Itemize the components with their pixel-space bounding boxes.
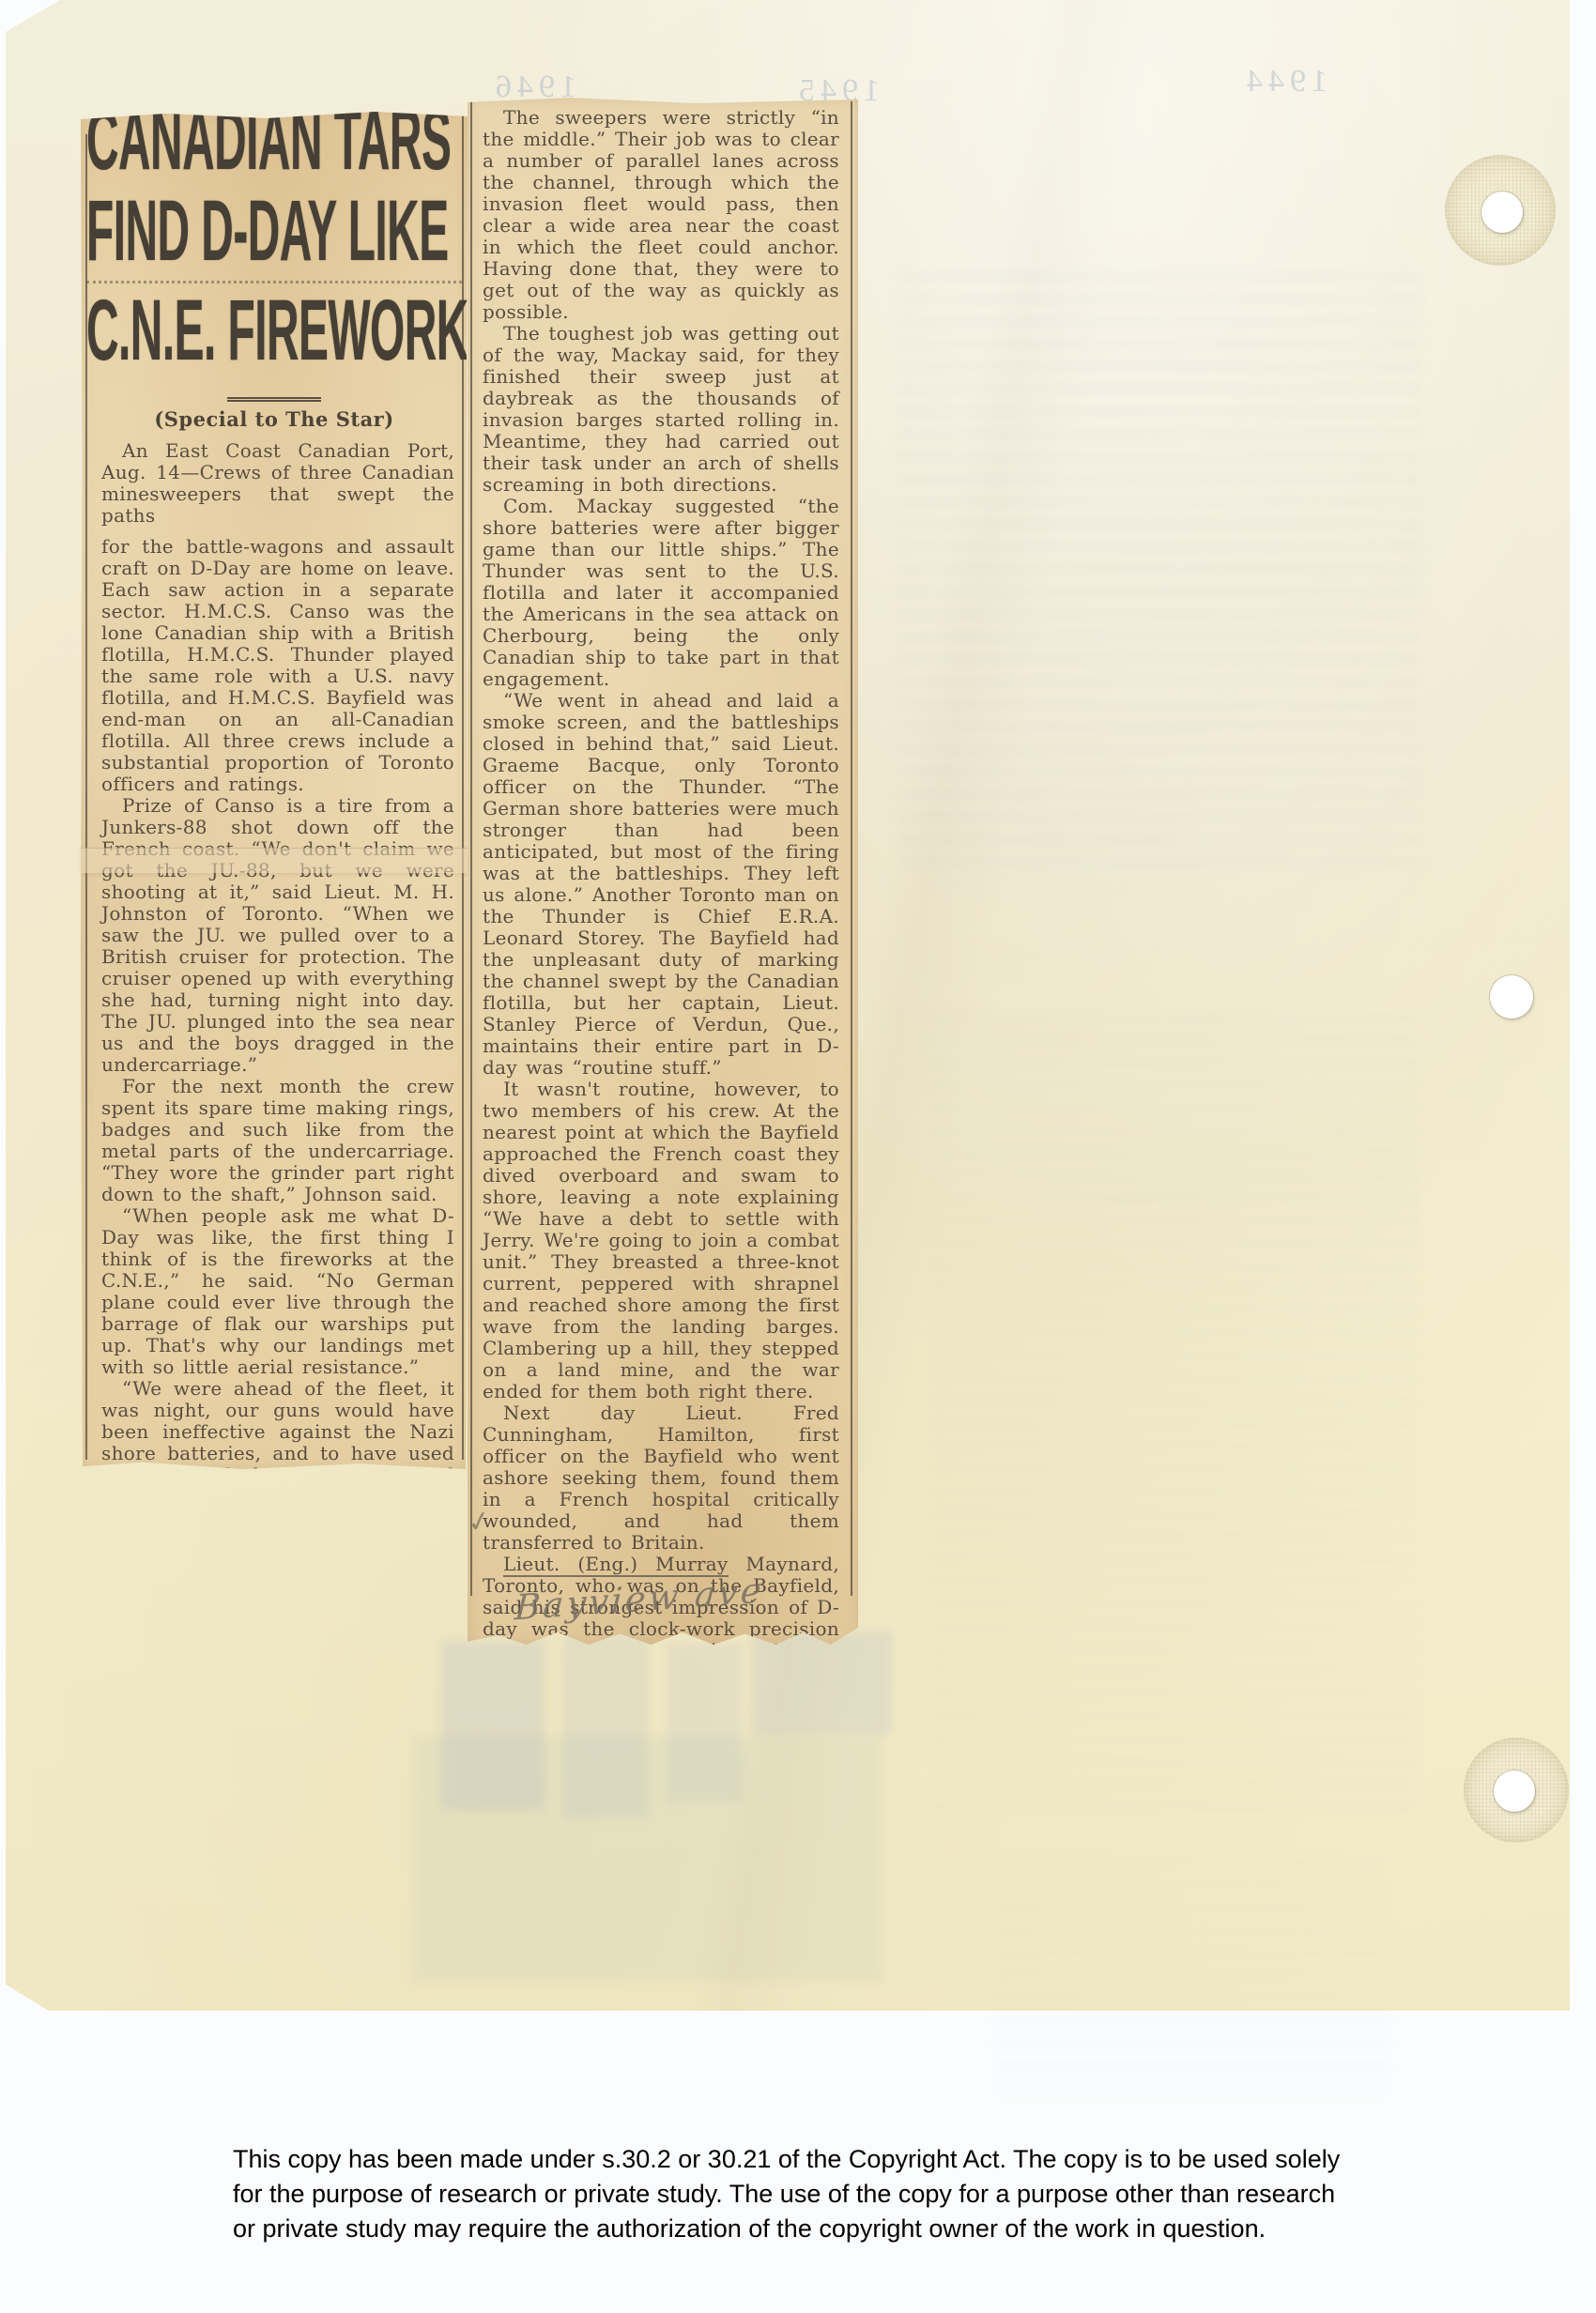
byline-rule [227,397,321,402]
article-body-column-2: The sweepers were strictly “in the middl… [468,98,858,1645]
paragraph: For the next month the crew spent its sp… [101,1076,454,1205]
paragraph: The sweepers were strictly “in the middl… [483,107,839,323]
byline: (Special to The Star) [81,407,468,431]
paragraph: The toughest job was getting out of the … [483,323,839,496]
paragraph: Com. Mackay suggested “the shore batteri… [483,496,839,690]
paragraph: Next day Lieut. Fred Cunningham, Hamilto… [483,1402,839,1554]
printed-column-rule [851,101,852,1596]
paragraph: “When people ask me what D-Day was like,… [101,1205,454,1378]
newspaper-clipping-column-2: The sweepers were strictly “in the middl… [468,98,858,1645]
paragraph: An East Coast Canadian Port, Aug. 14—Cre… [101,440,454,527]
punch-hole-top [1481,191,1523,233]
paragraph: It wasn't routine, however, to two membe… [483,1079,839,1402]
printed-column-rule [470,101,472,1596]
headline-line-2: FIND D-DAY LIKE [86,186,284,277]
punch-hole-middle [1490,975,1533,1019]
copyright-line-1: This copy has been made under s.30.2 or … [233,2142,1388,2177]
paragraph: “We were ahead of the fleet, it was nigh… [101,1378,454,1469]
article-body-column-1: An East Coast Canadian Port, Aug. 14—Cre… [81,440,468,1469]
copyright-notice: This copy has been made under s.30.2 or … [233,2142,1388,2246]
paragraph: Prize of Canso is a tire from a Junkers-… [101,795,454,1076]
ghost-year-stamp-1944: 1944 [1241,64,1327,100]
scanned-scrapbook-page: { "stamps": { "left_year": "1946", "midd… [0,0,1596,2313]
copyright-line-3: or private study may require the authori… [233,2212,1388,2246]
headline-line-1: CANADIAN TARS [86,110,284,186]
paragraph: for the battle-wagons and assault craft … [101,536,454,795]
copyright-line-2: for the purpose of research or private s… [233,2177,1388,2212]
headline-line-3: C.N.E. FIREWORKS [86,285,284,376]
punch-hole-bottom [1494,1770,1535,1812]
newspaper-clipping-column-1: CANADIAN TARS FIND D-DAY LIKE C.N.E. FIR… [81,110,468,1469]
paragraph: “We went in ahead and laid a smoke scree… [483,690,839,1079]
article-headline: CANADIAN TARS FIND D-DAY LIKE C.N.E. FIR… [86,110,468,376]
